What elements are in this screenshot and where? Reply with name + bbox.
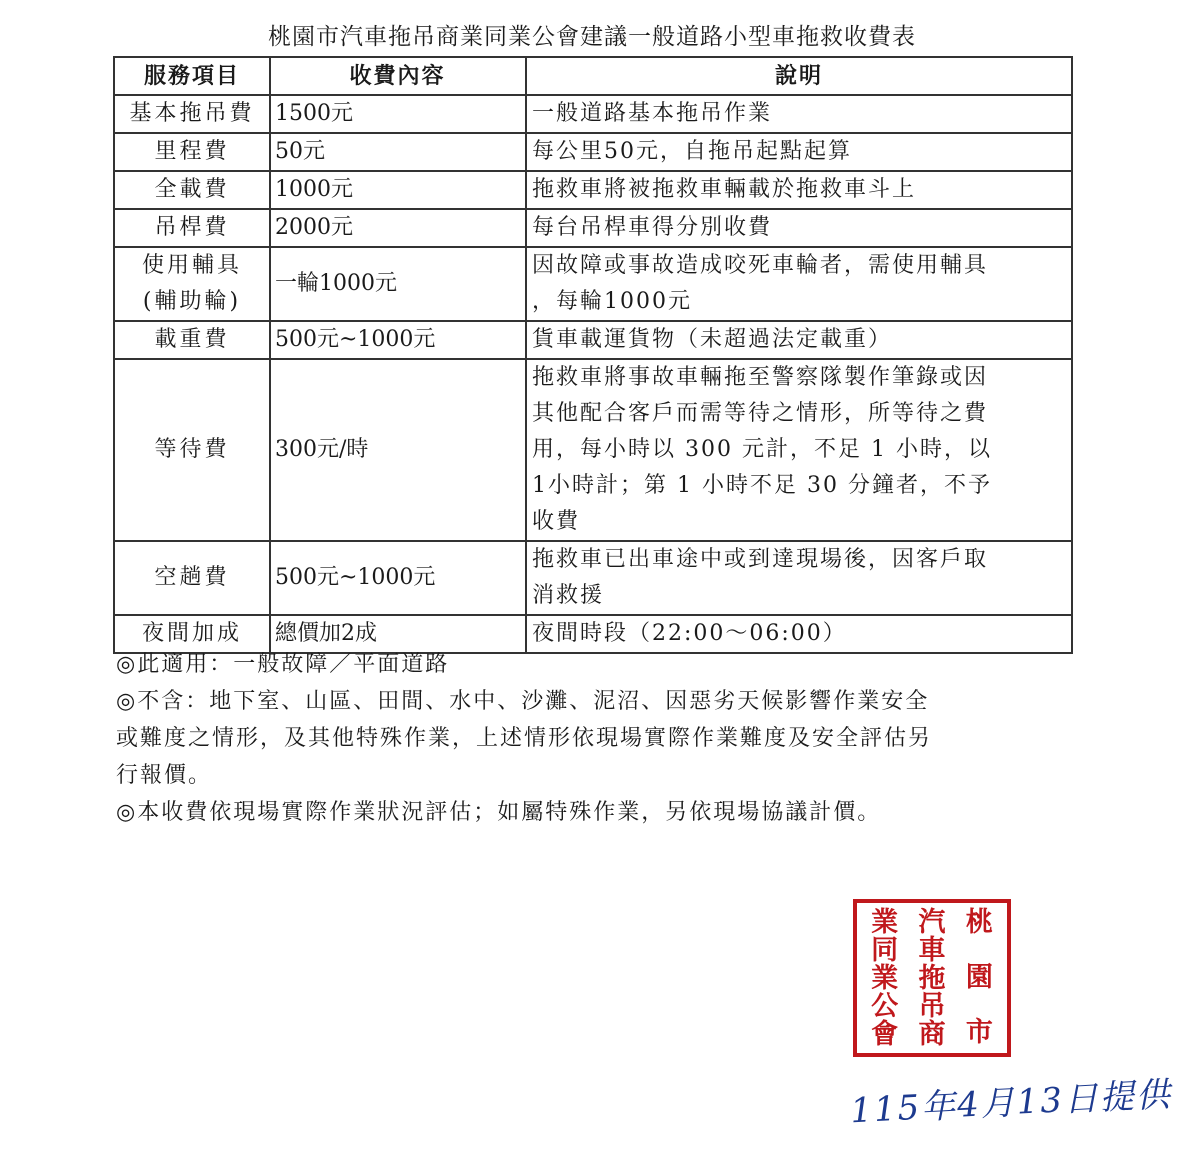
row-desc: 拖救車將被拖救車輛載於拖救車斗上 [526, 171, 1072, 209]
seal-column: 汽車拖吊商 [918, 909, 945, 1047]
seal-character: 吊 [918, 993, 945, 1021]
table-header-row: 服務項目 收費內容 說明 [114, 57, 1072, 95]
row-desc-line: 拖救車已出車途中或到達現場後，因客戶取 [532, 542, 1066, 578]
seal-character: 業 [871, 909, 898, 937]
row-fee: 300元/時 [270, 359, 526, 541]
note-line: 或難度之情形，及其他特殊作業，上述情形依現場實際作業難度及安全評估另 [116, 720, 1076, 757]
row-desc: 拖救車已出車途中或到達現場後，因客戶取 消救援 [526, 541, 1072, 615]
seal-character: 商 [918, 1021, 945, 1049]
row-item: 使用輔具 (輔助輪) [114, 247, 270, 321]
row-desc-line: 收費 [532, 504, 1066, 540]
row-desc-line: 1小時計；第 1 小時不足 30 分鐘者，不予 [532, 468, 1066, 504]
seal-character: 拖 [918, 965, 945, 993]
row-item: 載重費 [114, 321, 270, 359]
row-desc-line: ，每輪1000元 [532, 284, 1066, 320]
row-item: 吊桿費 [114, 209, 270, 247]
header-description: 說明 [526, 57, 1072, 95]
seal-character: 汽 [918, 909, 945, 937]
row-desc-line: 用，每小時以 300 元計，不足 1 小時，以 [532, 432, 1066, 468]
table-row: 等待費 300元/時 拖救車將事故車輛拖至警察隊製作筆錄或因 其他配合客戶而需等… [114, 359, 1072, 541]
association-seal: 桃園市 汽車拖吊商 業同業公會 [853, 899, 1011, 1057]
table-row: 載重費 500元~1000元 貨車載運貨物（未超過法定載重） [114, 321, 1072, 359]
row-desc-line: 消救援 [532, 578, 1066, 614]
table-row: 基本拖吊費 1500元 一般道路基本拖吊作業 [114, 95, 1072, 133]
seal-character: 園 [966, 964, 993, 992]
header-service-item: 服務項目 [114, 57, 270, 95]
seal-column: 桃園市 [966, 909, 993, 1047]
row-fee: 500元~1000元 [270, 321, 526, 359]
row-item: 等待費 [114, 359, 270, 541]
handwritten-date-signature: 115年4月13日提供 [849, 1067, 1173, 1133]
row-fee: 一輪1000元 [270, 247, 526, 321]
row-fee: 1000元 [270, 171, 526, 209]
row-desc: 貨車載運貨物（未超過法定載重） [526, 321, 1072, 359]
notes-section: ◎此適用：一般故障／平面道路 ◎不含：地下室、山區、田間、水中、沙灘、泥沼、因惡… [116, 646, 1076, 831]
row-item: 基本拖吊費 [114, 95, 270, 133]
note-line: ◎此適用：一般故障／平面道路 [116, 646, 1076, 683]
row-desc: 拖救車將事故車輛拖至警察隊製作筆錄或因 其他配合客戶而需等待之情形，所等待之費 … [526, 359, 1072, 541]
seal-character: 桃 [966, 909, 993, 937]
document-title: 桃園市汽車拖吊商業同業公會建議一般道路小型車拖救收費表 [112, 22, 1072, 52]
seal-column: 業同業公會 [871, 909, 898, 1047]
seal-character: 公 [871, 993, 898, 1021]
seal-character: 車 [918, 937, 945, 965]
table-row: 空趟費 500元~1000元 拖救車已出車途中或到達現場後，因客戶取 消救援 [114, 541, 1072, 615]
row-desc-line: 其他配合客戶而需等待之情形，所等待之費 [532, 396, 1066, 432]
header-fee-content: 收費內容 [270, 57, 526, 95]
table-row: 使用輔具 (輔助輪) 一輪1000元 因故障或事故造成咬死車輪者，需使用輔具 ，… [114, 247, 1072, 321]
row-fee: 500元~1000元 [270, 541, 526, 615]
seal-character: 同 [871, 937, 898, 965]
row-fee: 2000元 [270, 209, 526, 247]
seal-character: 市 [966, 1019, 993, 1047]
row-desc: 每公里50元，自拖吊起點起算 [526, 133, 1072, 171]
row-desc-line: 拖救車將事故車輛拖至警察隊製作筆錄或因 [532, 360, 1066, 396]
row-fee: 50元 [270, 133, 526, 171]
note-line: ◎本收費依現場實際作業狀況評估；如屬特殊作業，另依現場協議計價。 [116, 794, 1076, 831]
row-fee: 1500元 [270, 95, 526, 133]
row-desc-line: 因故障或事故造成咬死車輪者，需使用輔具 [532, 248, 1066, 284]
note-line: ◎不含：地下室、山區、田間、水中、沙灘、泥沼、因惡劣天候影響作業安全 [116, 683, 1076, 720]
row-item-sub: (輔助輪) [120, 284, 264, 320]
row-item: 全載費 [114, 171, 270, 209]
row-item: 里程費 [114, 133, 270, 171]
seal-character: 業 [871, 965, 898, 993]
row-item: 空趟費 [114, 541, 270, 615]
fee-table: 服務項目 收費內容 說明 基本拖吊費 1500元 一般道路基本拖吊作業 里程費 … [113, 56, 1073, 654]
row-desc: 一般道路基本拖吊作業 [526, 95, 1072, 133]
table-row: 全載費 1000元 拖救車將被拖救車輛載於拖救車斗上 [114, 171, 1072, 209]
note-line: 行報價。 [116, 757, 1076, 794]
row-item-main: 使用輔具 [120, 248, 264, 284]
row-desc: 每台吊桿車得分別收費 [526, 209, 1072, 247]
table-row: 吊桿費 2000元 每台吊桿車得分別收費 [114, 209, 1072, 247]
row-desc: 因故障或事故造成咬死車輪者，需使用輔具 ，每輪1000元 [526, 247, 1072, 321]
seal-character: 會 [871, 1021, 898, 1049]
table-row: 里程費 50元 每公里50元，自拖吊起點起算 [114, 133, 1072, 171]
